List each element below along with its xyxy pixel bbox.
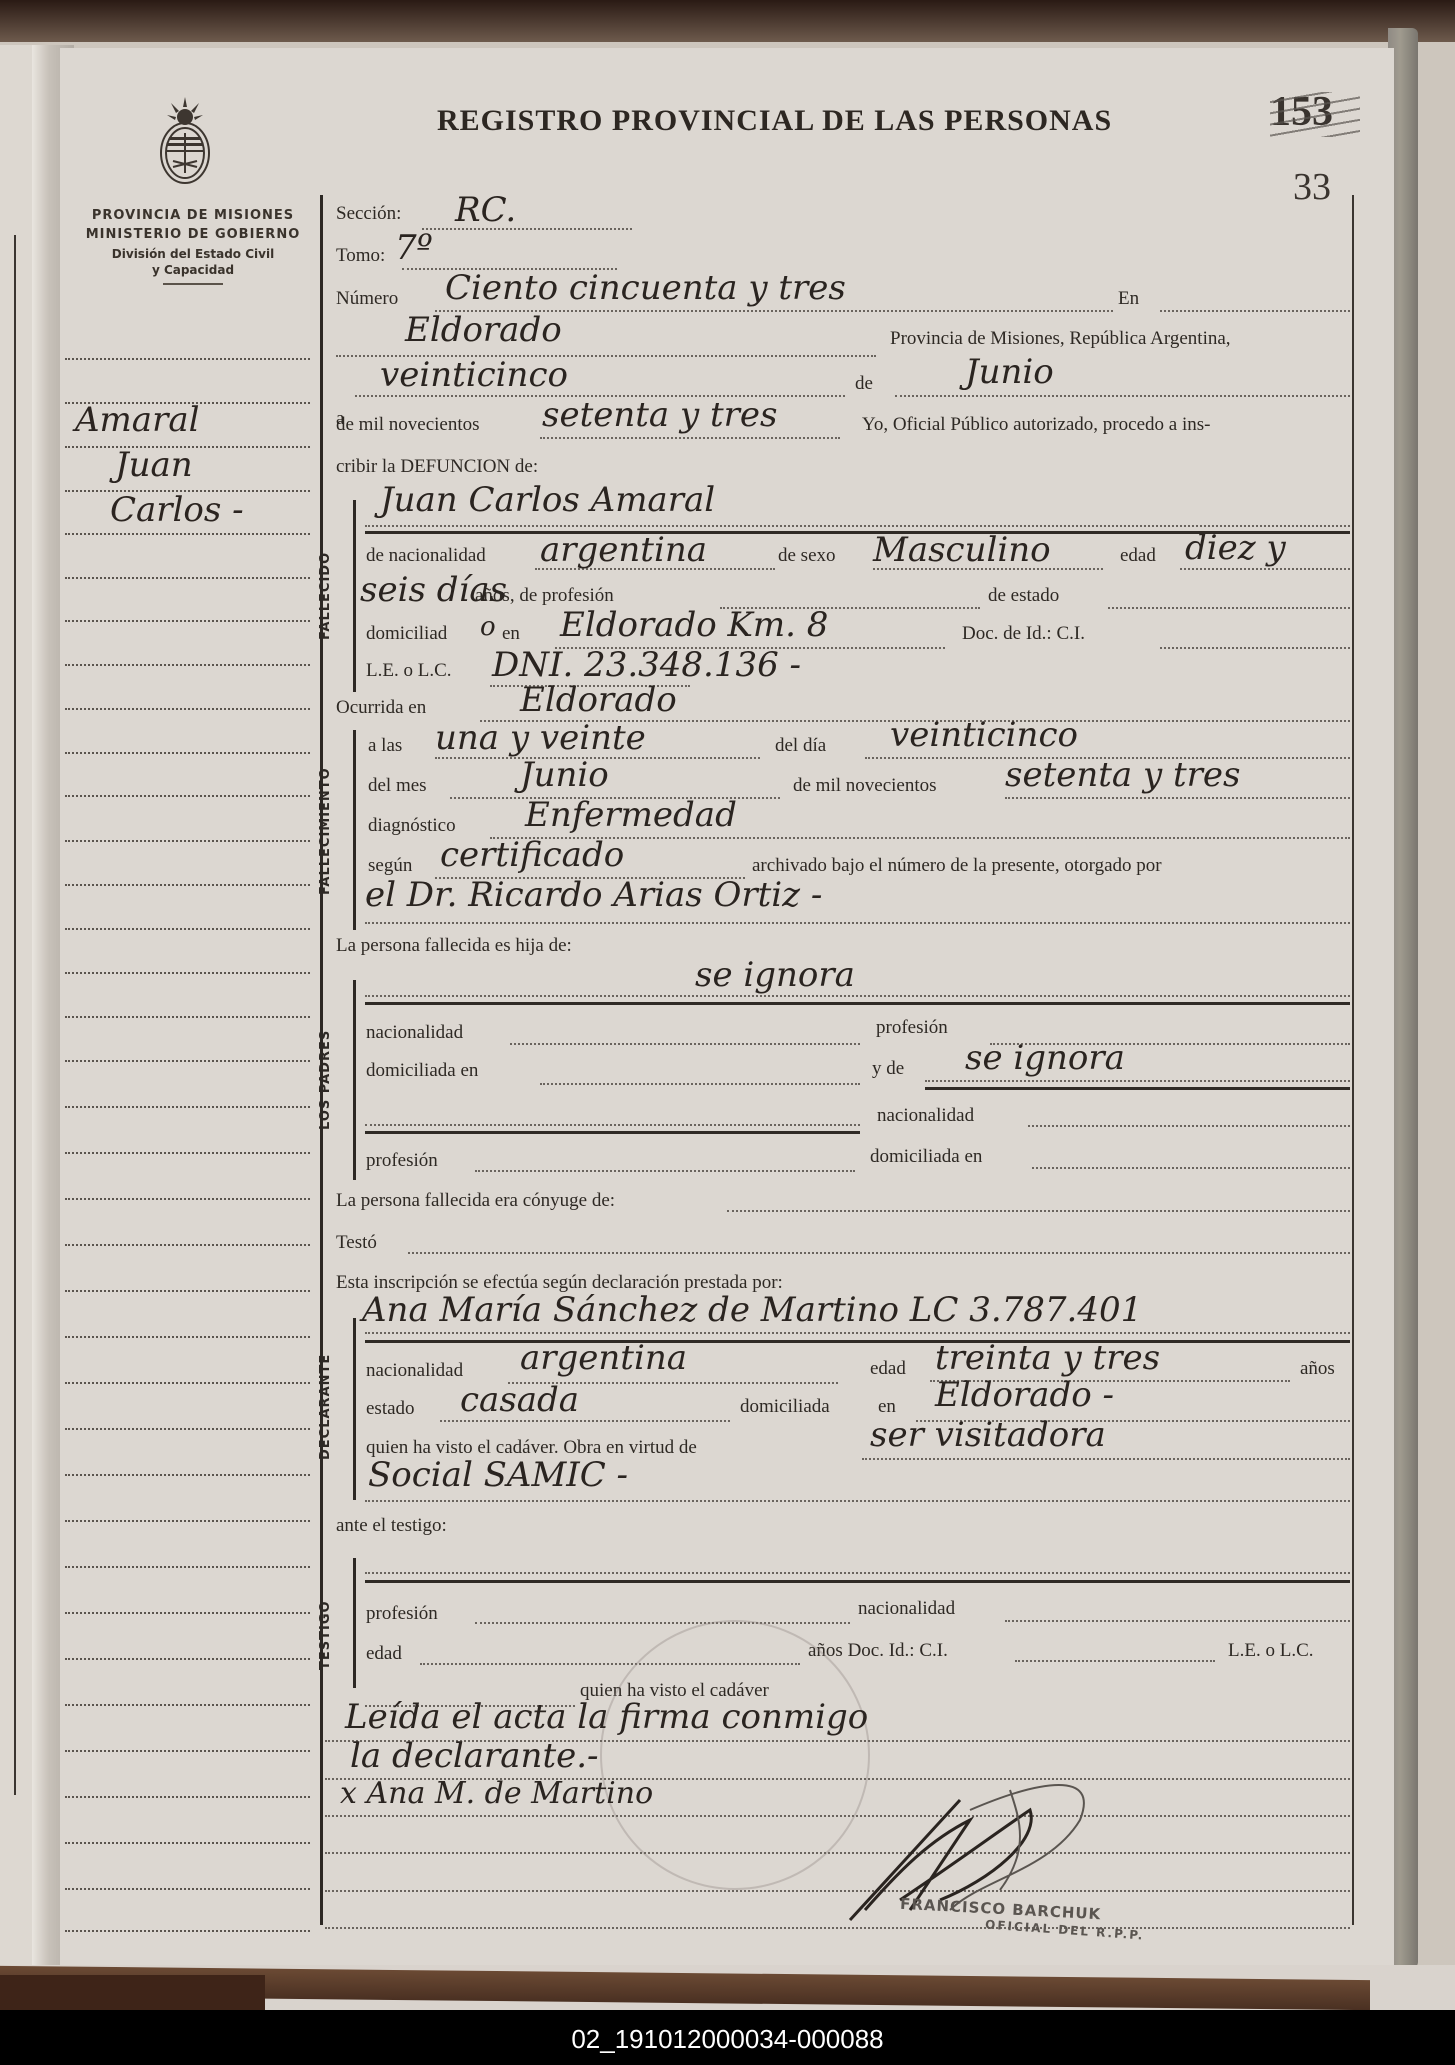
stub-given-name-1: Juan — [115, 445, 193, 485]
segun-label: según — [368, 855, 412, 877]
scanned-book-spread: PROVINCIA DE MISIONES MINISTERIO DE GOBI… — [0, 0, 1455, 2010]
lugar-value: Eldorado — [405, 310, 562, 350]
mes-de-label: de — [855, 373, 873, 395]
testo-label: Testó — [336, 1232, 377, 1254]
hora-label: a las — [368, 735, 402, 757]
declarante-estado: casada — [460, 1380, 579, 1420]
declarante-signature: x Ana M. de Martino — [340, 1776, 653, 1811]
archivado-text: archivado bajo el número de la presente,… — [752, 855, 1162, 877]
issuer-block: PROVINCIA DE MISIONES MINISTERIO DE GOBI… — [68, 208, 318, 285]
fallecido-nacionalidad: argentina — [540, 530, 707, 570]
padres-section-tag: LOS PADRES — [318, 1030, 333, 1130]
provincia-text: Provincia de Misiones, República Argenti… — [890, 328, 1231, 350]
testigo-section-tag: TESTIGO — [318, 1600, 333, 1670]
fallecido-le-label: L.E. o L.C. — [366, 660, 452, 682]
fallecido-nacionalidad-label: de nacionalidad — [366, 545, 486, 567]
declarante-nacionalidad-label: nacionalidad — [366, 1360, 463, 1382]
fallecido-bracket — [353, 500, 356, 692]
fallecido-domicilio-suffix: o — [480, 612, 496, 642]
testigo-profesion-label: profesión — [366, 1603, 438, 1625]
madre-nacionalidad-label: nacionalidad — [877, 1105, 974, 1127]
declarante-domicilio: Eldorado - — [935, 1375, 1114, 1415]
tomo-label: Tomo: — [336, 245, 385, 267]
madre-value: se ignora — [965, 1038, 1125, 1078]
dia-value: veinticinco — [380, 355, 568, 395]
fallecido-estado-label: de estado — [988, 585, 1059, 607]
hora-value: una y veinte — [435, 718, 646, 758]
declarante-domiciliada-label: domiciliada — [740, 1396, 830, 1418]
fallecido-nombre: Juan Carlos Amaral — [380, 480, 715, 520]
ocurrida-label: Ocurrida en — [336, 697, 426, 719]
anio-value: setenta y tres — [542, 395, 778, 435]
fallecido-domicilio: Eldorado Km. 8 — [560, 605, 828, 645]
fallecido-anios-profesion-label: años, de profesión — [475, 585, 614, 607]
declarante-edad: treinta y tres — [935, 1338, 1160, 1378]
declarante-nombre: Ana María Sánchez de Martino LC 3.787.40… — [362, 1290, 1142, 1330]
cierre-line-1: Leída el acta la firma conmigo — [345, 1697, 868, 1737]
stub-given-name-2: Carlos - — [110, 490, 244, 530]
fallecido-en-label: en — [502, 623, 520, 645]
acta-number: 33 — [1293, 165, 1331, 209]
issuer-ministry: MINISTERIO DE GOBIERNO — [68, 227, 318, 242]
padre-profesion-label: profesión — [876, 1017, 948, 1039]
fallecido-edad: diez y — [1185, 528, 1286, 568]
fallecido-section-tag: FALLECIDO — [318, 552, 333, 640]
page-right-border — [1352, 195, 1354, 1925]
fallecido-sexo-label: de sexo — [778, 545, 836, 567]
anio-label: de mil novecientos — [336, 414, 480, 436]
testigo-nacionalidad-label: nacionalidad — [858, 1598, 955, 1620]
registry-title: REGISTRO PROVINCIAL DE LAS PERSONAS — [437, 104, 1112, 138]
conyuge-label: La persona fallecida era cónyuge de: — [336, 1190, 615, 1212]
image-caption: 02_191012000034-000088 — [0, 2024, 1455, 2055]
image-caption-bar: 02_191012000034-000088 — [0, 2010, 1455, 2065]
en-label: En — [1118, 288, 1139, 310]
numero-value: Ciento cincuenta y tres — [445, 268, 846, 308]
testigo-le-label: L.E. o L.C. — [1228, 1640, 1314, 1662]
testigo-edad-label: edad — [366, 1643, 402, 1665]
declarante-estado-label: estado — [366, 1398, 415, 1420]
ocurrida-value: Eldorado — [520, 680, 677, 720]
fallecimiento-section-tag: FALLECIMIENTO — [318, 767, 333, 895]
segun-value: certificado — [440, 835, 624, 875]
issuer-divider — [163, 283, 223, 285]
declarante-bracket — [353, 1318, 356, 1500]
stub-surname: Amaral — [75, 400, 199, 440]
fallecido-le-value: DNI. 23.348.136 - — [492, 645, 801, 685]
mes-value: Junio — [965, 352, 1054, 392]
medico-value: el Dr. Ricardo Arias Ortiz - — [365, 875, 822, 915]
ante-testigo-text: ante el testigo: — [336, 1515, 447, 1537]
padre-nacionalidad-label: nacionalidad — [366, 1022, 463, 1044]
facing-page-rule — [14, 235, 16, 1795]
fallecimiento-anio-label: de mil novecientos — [793, 775, 937, 797]
inscribir-text: cribir la DEFUNCION de: — [336, 456, 538, 478]
padres-bracket — [353, 980, 356, 1180]
del-dia-label: del día — [775, 735, 826, 757]
fallecimiento-mes: Junio — [520, 755, 609, 795]
diagnostico-value: Enfermedad — [525, 795, 737, 835]
diagnostico-label: diagnóstico — [368, 815, 456, 837]
y-de-label: y de — [872, 1058, 904, 1080]
fallecimiento-dia: veinticinco — [890, 715, 1078, 755]
padre-value: se ignora — [695, 955, 855, 995]
fallecimiento-bracket — [353, 730, 356, 930]
padre-domiciliada-label: domiciliada en — [366, 1060, 478, 1082]
declarante-nacionalidad: argentina — [520, 1338, 687, 1378]
issuer-division-2: y Capacidad — [68, 263, 318, 277]
seccion-label: Sección: — [336, 203, 401, 225]
madre-domiciliada-label: domiciliada en — [870, 1146, 982, 1168]
declarante-edad-label: edad — [870, 1358, 906, 1380]
declarante-anios-label: años — [1300, 1358, 1335, 1380]
hija-de-text: La persona fallecida es hija de: — [336, 935, 572, 957]
declarante-section-tag: DECLARANTE — [318, 1354, 333, 1460]
fallecido-sexo: Masculino — [873, 530, 1051, 570]
fallecimiento-anio: setenta y tres — [1005, 755, 1241, 795]
fallecido-doc-label: Doc. de Id.: C.I. — [962, 623, 1085, 645]
cierre-line-2: la declarante.- — [350, 1736, 599, 1776]
testigo-bracket — [353, 1558, 356, 1688]
issuer-division: División del Estado Civil — [68, 247, 318, 261]
fallecido-domicilio-label: domiciliad — [366, 623, 447, 645]
argentina-coat-of-arms-icon — [145, 95, 225, 190]
seccion-value: RC. — [455, 190, 516, 230]
issuer-province: PROVINCIA DE MISIONES — [68, 208, 318, 223]
numero-label: Número — [336, 288, 398, 310]
tomo-value: 7º — [395, 228, 433, 268]
book-top-edge — [0, 0, 1455, 42]
fallecido-edad-label: edad — [1120, 545, 1156, 567]
madre-profesion-label: profesión — [366, 1150, 438, 1172]
book-bottom-edge — [0, 1965, 1455, 2010]
folio-strike-lines — [1270, 92, 1360, 137]
oficial-text: Yo, Oficial Público autorizado, procedo … — [862, 414, 1210, 436]
del-mes-label: del mes — [368, 775, 427, 797]
declarante-virtud-2: Social SAMIC - — [368, 1455, 628, 1495]
faded-official-seal — [600, 1620, 870, 1890]
declarante-virtud: ser visitadora — [870, 1415, 1106, 1455]
